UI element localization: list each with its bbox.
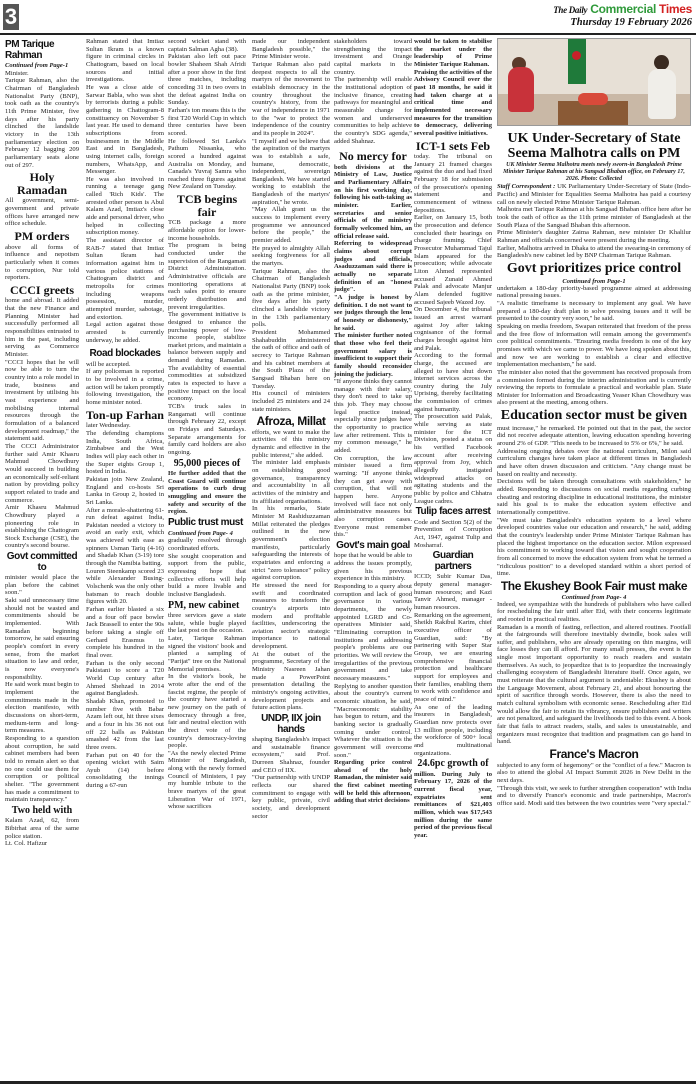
continued-label: Continued from Page-1	[5, 62, 79, 70]
paragraph: must increase," he remarked. He pointed …	[497, 425, 691, 448]
paragraph: After a morale-shattering 61-run defeat …	[86, 507, 164, 568]
paragraph: both divisions at the Ministry of Law, J…	[334, 164, 412, 241]
headline-ict-1-sets-feb: ICT-1 sets Feb	[414, 140, 492, 153]
paragraph: shaping Bangladesh's impact and sustaina…	[252, 736, 330, 774]
paragraph: hope that he would be able to address th…	[334, 552, 412, 583]
paragraph: Prime Minister's daughter Zaima Rahman, …	[497, 229, 691, 244]
headline-pm-orders: PM orders	[5, 230, 79, 243]
paragraph: He was also involved in running a teenag…	[86, 176, 164, 237]
bottom-rule	[0, 1081, 696, 1084]
continued-label: Continued from Page- 4	[497, 594, 691, 601]
paragraph: He followed Sri Lanka's Pathum Nissanka,…	[168, 138, 246, 192]
headline-no-mercy: No mercy for	[334, 150, 412, 163]
byline: Staff Correspondent :	[497, 183, 555, 190]
paragraph: Kalam Azad, 62, from Bibirhat area of th…	[5, 817, 79, 840]
column-3: second wicket stand with captain Salman …	[168, 38, 246, 811]
paragraph: Responding to a query about corruption a…	[334, 583, 412, 683]
paragraph: Malhotra met Tarique Rahman at his Sangs…	[497, 206, 691, 229]
paragraph: "Through this visit, we seek to further …	[497, 785, 691, 808]
paragraph: She sought cooperation and support from …	[168, 553, 246, 599]
paragraph: would be taken to stabilise the market u…	[414, 38, 492, 69]
paragraph: "May Allah grant us the success to imple…	[252, 206, 330, 244]
paragraph: Farhan put on 40 for the opening wicket …	[86, 752, 164, 790]
headline-education-sector: Education sector must be given	[497, 409, 691, 424]
headline-undp-iix: UNDP, IIX join hands	[252, 714, 330, 735]
bangladesh-flag-icon	[568, 39, 586, 84]
paragraph: gradually resolved through coordinated e…	[168, 537, 246, 552]
headline-uk-under-secretary: UK Under-Secretary of State Seema Malhot…	[497, 132, 691, 161]
paragraph: Minister.	[5, 70, 79, 78]
headline-ekushey-book-fair: The Ekushey Book Fair must make	[497, 580, 691, 593]
paragraph: later Wednesday.	[86, 422, 164, 430]
paragraph: made our independent Bangladesh possible…	[252, 38, 330, 61]
paragraph: He was a close aide of Sarwar Babla, who…	[86, 84, 164, 176]
paragraph: The minister also noted that the governm…	[497, 369, 691, 407]
paragraph: Responding to a question about corruptio…	[5, 735, 79, 804]
paragraph: Tarique Rahman also paid deepest respect…	[252, 61, 330, 138]
paragraph: Shadab Khan, promoted to number five wit…	[86, 698, 164, 752]
paragraph: Addressing ongoing debates over the nati…	[497, 448, 691, 479]
paragraph: Farhan earlier blasted a six and a four …	[86, 606, 164, 660]
headline-frances-macron: France's Macron	[497, 748, 691, 761]
paragraph: Referring to widespread claims about cor…	[334, 240, 412, 294]
column-5: stakeholders toward strengthening the im…	[334, 38, 412, 805]
paragraph: TCB's truck sales in Rangamati will cont…	[168, 403, 246, 457]
paragraph: President Mohammed Shahabuddin administe…	[252, 329, 330, 390]
wide-column: UK Under-Secretary of State Seema Malhot…	[497, 130, 691, 808]
paragraph: Rahman stated that Imtiaz Sultan Ikram i…	[86, 38, 164, 84]
paragraph: He said work must begin to implement the…	[5, 681, 79, 735]
paragraph: Tarique Rahman, also the Chairman of Ban…	[5, 77, 79, 169]
newspaper-brand: The Daily Commercial Times	[553, 2, 692, 16]
news-photo-malhotra-meeting	[497, 38, 691, 126]
paragraph: efforts, we want to make the activities …	[252, 429, 330, 460]
headline-ton-up-farhan: Ton-up Farhan	[86, 409, 164, 422]
headline-ccci-greets: CCCI greets	[5, 284, 79, 297]
paragraph: The CCCI Administrator further said Amir…	[5, 443, 79, 504]
headline-tcb-begins-fair: TCB begins fair	[168, 193, 246, 218]
headline-pm-tarique: PM Tarique Rahman	[5, 40, 79, 61]
top-rule	[0, 33, 696, 35]
paragraph: Replying to another question about the c…	[334, 683, 412, 760]
headline-guardian-partners: Guardian partners	[414, 551, 492, 572]
paragraph: Decisions will be taken through consulta…	[497, 478, 691, 516]
column-2: Rahman stated that Imtiaz Sultan Ikram i…	[86, 38, 164, 790]
paragraph: The minister laid emphasis on establishi…	[252, 459, 330, 505]
paragraph: Praising the activities of the Advisory …	[414, 69, 492, 138]
paragraph: will be accepted.	[86, 361, 164, 369]
paragraph: Speaking on media freedom, Swapan reiter…	[497, 323, 691, 369]
paragraph: According to the formal charge, the accu…	[414, 352, 492, 413]
headline-tulip-faces-arrest: Tulip faces arrest	[414, 507, 492, 518]
paragraph: In his remarks, State Minister M Rashidu…	[252, 505, 330, 582]
headline-govt-committed: Govt committed to	[5, 552, 79, 573]
headline-95000-pieces: 95,000 pieces of	[168, 459, 246, 470]
paragraph: On December 4, the tribunal issued an ar…	[414, 306, 492, 352]
paragraph: Later, Tarique Rahman signed the visitor…	[168, 635, 246, 673]
masthead: 3 The Daily Commercial Times Thursday 19…	[0, 0, 696, 33]
paragraph: The minister further noted that those wh…	[334, 332, 412, 378]
paragraph: home and abroad. It added that the new F…	[5, 297, 79, 358]
column-1: PM Tarique Rahman Continued from Page-1 …	[5, 38, 79, 848]
paragraph: The prosecution said Palak, while servin…	[414, 413, 492, 505]
paragraph: Indeed, we sympathize with the hundreds …	[497, 601, 691, 624]
paragraph: Code and Section 5(2) of the Prevention …	[414, 519, 492, 550]
brand-the: The Daily	[553, 5, 587, 15]
paragraph: "A realistic timeframe is necessary to i…	[497, 300, 691, 323]
paragraph: TCB package a more affordable option for…	[168, 219, 246, 242]
paragraph: subjected to any form of hegemony" or th…	[497, 762, 691, 785]
headline-pm-new-cabinet: PM, new cabinet	[168, 601, 246, 612]
paragraph: Louren Steenkamp scored 23 while Alexand…	[86, 568, 164, 606]
paragraph: On corruption, the law minister issued a…	[334, 455, 412, 539]
paragraph: Ramadan is a month of fasting, reflectio…	[497, 624, 691, 747]
paragraph: His council of ministers included 25 min…	[252, 390, 330, 413]
headline-afroza-millat: Afroza, Millat	[252, 415, 330, 428]
brand-times: Times	[659, 2, 692, 16]
paragraph: minister would place the plan before the…	[5, 574, 79, 597]
page-number: 3	[3, 4, 19, 30]
paragraph: In the visitor's book, he wrote after th…	[168, 673, 246, 750]
paragraph: As one of the leading insurers in Bangla…	[414, 704, 492, 758]
paragraph: "I myself and we believe that the aspira…	[252, 138, 330, 207]
paragraph: Farhan's ton means this is the first T20…	[168, 107, 246, 138]
paragraph: ICCD; Subir Kumar Das, deputy general ma…	[414, 573, 492, 611]
paragraph: The partnership will enable the institut…	[334, 76, 412, 145]
brand-commercial: Commercial	[590, 2, 656, 16]
paragraph: Lt. Col. Hafizur	[5, 840, 79, 848]
paragraph: undertaken a 180-day priority-based prog…	[497, 285, 691, 300]
paragraph: He stressed the need for swift and coord…	[252, 582, 330, 651]
paragraph: "We must take Bangladesh's education sys…	[497, 517, 691, 578]
paragraph: above all forms of influence and nepotis…	[5, 244, 79, 282]
paragraph: Amir Khasru Mahmud Chowdhury played a pi…	[5, 504, 79, 550]
paragraph: If any policeman is reported to be invol…	[86, 368, 164, 406]
headline-road-blockades: Road blockades	[86, 349, 164, 360]
paragraph: "CCCI hopes that he will now be able to …	[5, 359, 79, 443]
paragraph: He prayed to almighty Allah seeking forg…	[252, 245, 330, 268]
paragraph: The assistant director of RAB-7 stated t…	[86, 237, 164, 321]
paragraph: Tarique Rahman, also the Chairman of Ban…	[252, 268, 330, 329]
paragraph: million. During July to February 17, 202…	[414, 771, 492, 840]
continued-label: Continued from Page- 4	[168, 530, 246, 538]
paragraph: The defending champions India, South Afr…	[86, 430, 164, 476]
headline-holy-ramadan: Holy Ramadan	[5, 171, 79, 196]
issue-date: Thursday 19 February 2026	[570, 17, 692, 28]
paragraph: Farhan is the only second Pakistani to s…	[86, 660, 164, 698]
paragraph: The program is being conducted under the…	[168, 242, 246, 311]
photo-caption: UK Minister Seema Malhotra meets newly s…	[497, 162, 691, 183]
paragraph: Saki said unnecessary time should not be…	[5, 597, 79, 681]
paragraph: Earlier, on January 15, both the prosecu…	[414, 214, 492, 306]
paragraph: Remarking on the agreement, Sheikh Rakib…	[414, 612, 492, 704]
paragraph: "A judge is honest by definition. I do n…	[334, 294, 412, 332]
paragraph: second wicket stand with captain Salman …	[168, 38, 246, 53]
paragraph: today. The tribunal on January 21 framed…	[414, 153, 492, 214]
paragraph: Earlier, Malhotra arrived in Dhaka to at…	[497, 245, 691, 260]
paragraph: Legal action against those arrested is c…	[86, 321, 164, 344]
headline-growth: 24.6pc growth of	[414, 759, 492, 770]
headline-public-trust: Public trust must	[168, 518, 246, 529]
paragraph: "If anyone thinks they cannot manage wit…	[334, 378, 412, 455]
paragraph: Regarding price control ahead of the hol…	[334, 759, 412, 805]
paragraph: At the outset of the programme, Secretar…	[252, 651, 330, 712]
paragraph: Pakistan also left out pace bowler Shahe…	[168, 53, 246, 107]
paragraph: three services gave a state salute, whil…	[168, 612, 246, 635]
paragraph: stakeholders toward strengthening the im…	[334, 38, 412, 76]
continued-label: Continued from Page-1	[497, 278, 691, 285]
paragraph: He further added that the Coast Guard wi…	[168, 470, 246, 516]
paragraph: Pakistan join New Zealand, England and c…	[86, 476, 164, 507]
paragraph: All government, semi-government and priv…	[5, 197, 79, 228]
headline-two-held: Two held with	[5, 806, 79, 817]
paragraph: "Our partnership with UNDP reflects our …	[252, 774, 330, 820]
paragraph: "As the newly elected Prime Minister of …	[168, 750, 246, 811]
column-6: would be taken to stabilise the market u…	[414, 38, 492, 840]
paragraph: The government initiative is designed to…	[168, 311, 246, 403]
headline-govt-prioritizes-price-control: Govt prioritizes price control	[497, 262, 691, 277]
headline-govts-main-goal: Govt's main goal	[334, 541, 412, 552]
column-4: made our independent Bangladesh possible…	[252, 38, 330, 820]
